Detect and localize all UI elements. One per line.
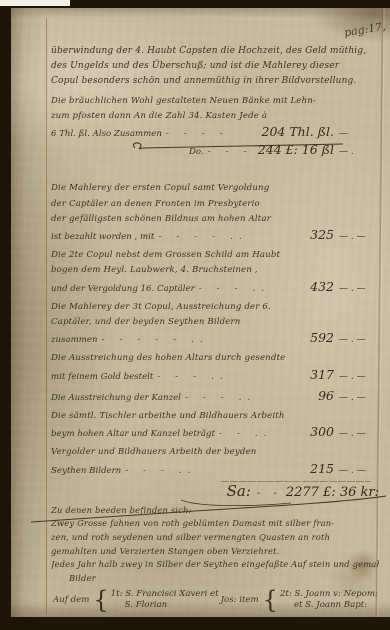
amount-value: 317 [310,367,334,382]
amount-value: 592 [310,330,334,345]
ruled-margin-line [46,18,47,615]
pew-account-paragraph: Die bräuchlichen Wohl gestalteten Neuen … [51,94,379,161]
text-line: Copul besonders schön und annemüthig in … [51,74,379,89]
sum-text: 6 Thl. ßl. Also Zusammen [51,127,162,142]
dot-leader: - - [257,485,286,503]
expense-entry: Vergolder und Bildhauers Arbeith der bey… [51,445,379,478]
dedication-saint: 1t: S. Francisci Xaveri et [111,589,219,601]
expense-entry: Die 2te Copul nebst dem Grossen Schild a… [51,248,379,297]
left-brace: { [91,588,110,612]
amount-line: zusammen- - - - - ..592— . — [51,330,379,348]
expense-entry: Die Ausstreichung des hohen Altars durch… [51,351,379,384]
tail-dashes: — . — [334,391,379,406]
text-line: des Ungelds und des Überschuß; und ist d… [51,59,379,74]
text-line: der Captäler an denen Fronten im Presbyt… [51,197,379,212]
dedication-column-2: 2t: S. Joann v: Nepom: et S. Joann Bapt: [280,589,378,612]
expense-entries: Die Mahlerey der ersten Copul samt Vergo… [51,181,379,478]
text-line: zen, und roth seydenen und silber vermen… [51,531,379,545]
dot-leader: - - - - - .. [98,333,311,348]
expense-entry: Die sämtl. Tischler arbeithe und Bildhau… [51,409,379,442]
closing-paragraph: Zu denen beeden befinden sich:Zwey Gross… [51,504,379,586]
text-line: Jedes Jahr halb zwey in Silber der Seyth… [51,558,379,572]
amount-text: mit feinem Gold bestelt [51,370,153,385]
dot-leader: - - .. [215,427,310,442]
dot-leader: - - - - [204,145,258,160]
text-line: Die bräuchlichen Wohl gestalteten Neuen … [51,94,379,109]
dot-leader: - - - .. [195,282,310,297]
tail-dashes: — . — [334,427,379,442]
text-line: Die Mahlerey der ersten Copul samt Vergo… [51,181,379,196]
total-line: ﹏﹏﹏﹏﹏﹏﹏﹏﹏﹏﹏﹏﹏﹏﹏﹏﹏ Sa: - - 2277 £: 36 kr: [51,482,379,502]
summa-squiggle: ﹏﹏﹏﹏﹏﹏﹏﹏﹏﹏﹏﹏﹏﹏﹏﹏﹏ [221,475,371,483]
manuscript-page: pag:17, überwindung der 4. Haubt Capsten… [11,8,390,617]
dot-leader: - - - .. [181,391,318,406]
text-line: Vergolder und Bildhauers Arbeith der bey… [51,445,379,460]
dedication-mid: Jos: item [219,595,261,607]
right-brace: { [261,588,280,612]
text-line: überwindung der 4. Haubt Capsten die Hoc… [51,44,379,59]
text-line: Die Mahlerey der 3t Copul, Ausstreichung… [51,300,379,315]
dot-leader: - - - - [162,127,262,142]
amount-value: 96 [318,388,334,403]
tail-dashes: — . — [334,282,379,297]
page-content: überwindung der 4. Haubt Capsten die Hoc… [51,44,379,612]
amount-line: mit feinem Gold bestelt- - - ..317— . — [51,367,379,385]
amount-value: 215 [310,461,334,476]
text-line: Captäler, und der beyden Seythen Bildern [51,315,379,330]
amount-text: und der Vergoldung 16. Captäler [51,282,195,297]
text-line: Zu denen beeden befinden sich: [51,504,379,518]
amount-line: ist bezahlt worden , mit- - - - ..325— .… [51,227,379,245]
ditto-tail-dashes: — . [334,145,379,160]
text-line: gemahlten und Verzierten Stangen oben Ve… [51,545,379,559]
dedication-saint: 2t: S. Joann v: Nepom: [280,589,378,601]
dot-leader: - - - .. [153,370,310,385]
text-line: Bilder [51,572,379,586]
text-line: Die sämtl. Tischler arbeithe und Bildhau… [51,409,379,424]
text-line: Zwey Grosse fahnen von roth geblümten Da… [51,517,379,531]
ditto-line: Do. - - - - 244 £: 16 ßl — . [51,142,379,160]
text-line: zum pfosten dann An die Zahl 34. Kasten … [51,109,379,124]
dot-leader: - - - - .. [154,230,310,245]
manuscript-scan: pag:17, überwindung der 4. Haubt Capsten… [0,0,390,630]
amount-text: ist bezahlt worden , mit [51,230,154,245]
text-line: bogen dem Heyl. Laubwerk, 4. Bruchsteine… [51,263,379,278]
dedication-column-1: 1t: S. Francisci Xaveri et S. Florian [111,589,219,612]
tail-dashes: — . — [334,370,379,385]
expense-entry: Die Mahlerey der 3t Copul, Ausstreichung… [51,300,379,349]
dedication-saint: S. Florian [111,600,219,612]
tail-dashes: — . — [334,333,379,348]
dedication-saint: et S. Joann Bapt: [280,600,378,612]
ditto-amount: 244 £: 16 ßl [258,142,334,157]
opening-paragraph: überwindung der 4. Haubt Capsten die Hoc… [51,44,379,90]
sum-line: 6 Thl. ßl. Also Zusammen - - - - 204 Thl… [51,124,379,142]
dedication-line: Auf dem { 1t: S. Francisci Xaveri et S. … [51,588,379,612]
amount-value: 432 [310,279,334,294]
sum-amount: 204 Thl. ßl. [262,124,335,139]
scanner-background [0,0,70,6]
pew-account-lines: Die bräuchlichen Wohl gestalteten Neuen … [51,94,379,124]
summa-label: Sa: [227,482,257,500]
expense-entry: Die Ausstreichung der Kanzel- - - ..96— … [51,388,379,406]
text-line: Die Ausstreichung des hohen Altars durch… [51,351,379,366]
amount-line: und der Vergoldung 16. Captäler- - - ..4… [51,279,379,297]
amount-value: 325 [310,227,334,242]
total-amount: 2277 £: 36 kr: [286,484,379,502]
ditto-text: Do. [51,145,204,160]
amount-text: beym hohen Altar und Kanzel beträgt [51,427,215,442]
amount-line: beym hohen Altar und Kanzel beträgt- - .… [51,424,379,442]
expense-entry: Die Mahlerey der ersten Copul samt Vergo… [51,181,379,245]
amount-text: Seythen Bildern [51,464,121,479]
amount-text: zusammen [51,333,98,348]
tail-dashes: — . — [334,230,379,245]
sum-tail-dashes: — [334,127,379,142]
amount-line: Die Ausstreichung der Kanzel- - - ..96— … [51,388,379,406]
amount-value: 300 [310,424,334,439]
text-line: der gefälligsten schönen Bildnus am hohe… [51,212,379,227]
dedication-prefix: Auf dem [51,595,91,607]
text-line: Die 2te Copul nebst dem Grossen Schild a… [51,248,379,263]
amount-text: Die Ausstreichung der Kanzel [51,391,181,406]
